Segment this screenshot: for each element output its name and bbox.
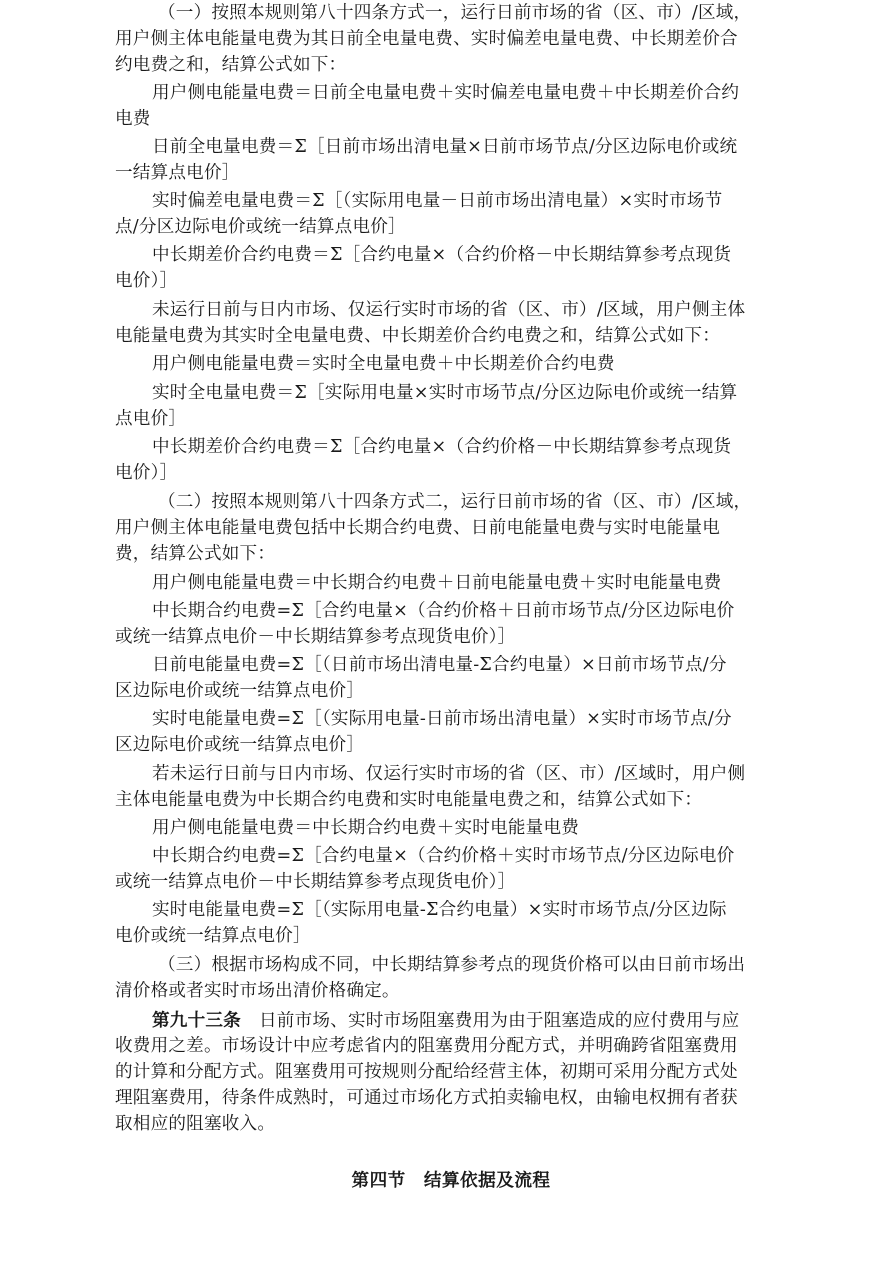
paragraph-line: 用户侧主体电能量电费为其日前全电量电费、实时偏差电量电费、中长期差价合 (115, 26, 738, 53)
formula-line: 用户侧电能量电费＝中长期合约电费＋日前电能量电费＋实时电能量电费 (152, 570, 721, 597)
section-heading: 第四节 结算依据及流程 (115, 1167, 787, 1194)
formula-line: 用户侧电能量电费＝实时全电量电费＋中长期差价合约电费 (152, 351, 615, 378)
paragraph-line: 的计算和分配方式。阻塞费用可按规则分配给经营主体，初期可采用分配方式处 (115, 1059, 738, 1086)
paragraph-line: 电能量电费为其实时全电量电费、中长期差价合约电费之和，结算公式如下： (115, 323, 720, 350)
paragraph-line: 收费用之差。市场设计中应考虑省内的阻塞费用分配方式，并明确跨省阻塞费用 (115, 1033, 738, 1060)
article-text: 日前市场、实时市场阻塞费用为由于阻塞造成的应付费用与应 (259, 1011, 739, 1031)
formula-line: 日前电能量电费=Σ［（日前市场出清电量-Σ合约电量）×日前市场节点/分 (152, 652, 727, 679)
formula-line: 日前全电量电费＝Σ［日前市场出清电量×日前市场节点/分区边际电价或统 (152, 134, 737, 161)
paragraph-line: 未运行日前与日内市场、仅运行实时市场的省（区、市）/区域，用户侧主体 (152, 297, 745, 324)
formula-line: 实时全电量电费＝Σ［实际用电量×实时市场节点/分区边际电价或统一结算 (152, 380, 737, 407)
formula-line: 或统一结算点电价－中长期结算参考点现货电价）］ (115, 869, 515, 896)
article-93-first-line: 第九十三条日前市场、实时市场阻塞费用为由于阻塞造成的应付费用与应 (152, 1007, 739, 1034)
paragraph-line: 用户侧主体电能量电费包括中长期合约电费、日前电能量电费与实时电能量电 (115, 515, 720, 542)
formula-line: 一结算点电价］ (115, 160, 240, 187)
paragraph-line: （一）按照本规则第八十四条方式一，运行日前市场的省（区、市）/区域， (158, 0, 751, 27)
formula-line: 实时电能量电费=Σ［（实际用电量-日前市场出清电量）×实时市场节点/分 (152, 706, 732, 733)
formula-line: 实时电能量电费=Σ［（实际用电量-Σ合约电量）×实时市场节点/分区边际 (152, 897, 727, 924)
paragraph-line: 取相应的阻塞收入。 (115, 1111, 275, 1138)
formula-line: 中长期合约电费=Σ［合约电量×（合约价格＋日前市场节点/分区边际电价 (152, 598, 734, 625)
formula-line: 用户侧电能量电费＝日前全电量电费＋实时偏差电量电费＋中长期差价合约 (152, 80, 739, 107)
paragraph-line: 主体电能量电费为中长期合约电费和实时电能量电费之和，结算公式如下： (115, 787, 702, 814)
formula-line: 电价）］ (115, 460, 177, 487)
formula-line: 中长期合约电费=Σ［合约电量×（合约价格＋实时市场节点/分区边际电价 (152, 843, 734, 870)
formula-line: 电费 (115, 106, 151, 133)
paragraph-line: 若未运行日前与日内市场、仅运行实时市场的省（区、市）/区域时，用户侧 (152, 761, 745, 788)
formula-line: 电价）］ (115, 268, 177, 295)
paragraph-line: （二）按照本规则第八十四条方式二，运行日前市场的省（区、市）/区域， (158, 489, 751, 516)
formula-line: 实时偏差电量电费＝Σ［（实际用电量－日前市场出清电量）×实时市场节 (152, 188, 722, 215)
formula-line: 电价或统一结算点电价］ (115, 923, 311, 950)
paragraph-line: 清价格或者实时市场出清价格确定。 (115, 978, 400, 1005)
formula-line: 用户侧电能量电费＝中长期合约电费＋实时电能量电费 (152, 815, 579, 842)
paragraph-line: （三）根据市场构成不同，中长期结算参考点的现货价格可以由日前市场出 (158, 952, 745, 979)
formula-line: 区边际电价或统一结算点电价］ (115, 678, 364, 705)
paragraph-line: 理阻塞费用，待条件成熟时，可通过市场化方式拍卖输电权，由输电权拥有者获 (115, 1085, 738, 1112)
formula-line: 中长期差价合约电费＝Σ［合约电量×（合约价格－中长期结算参考点现货 (152, 434, 731, 461)
paragraph-line: 费，结算公式如下： (115, 541, 275, 568)
formula-line: 或统一结算点电价－中长期结算参考点现货电价）］ (115, 624, 515, 651)
formula-line: 点电价］ (115, 406, 186, 433)
paragraph-line: 约电费之和，结算公式如下： (115, 52, 346, 79)
formula-line: 区边际电价或统一结算点电价］ (115, 732, 364, 759)
article-label: 第九十三条 (152, 1010, 241, 1031)
formula-line: 中长期差价合约电费＝Σ［合约电量×（合约价格－中长期结算参考点现货 (152, 242, 731, 269)
formula-line: 点/分区边际电价或统一结算点电价］ (115, 214, 406, 241)
